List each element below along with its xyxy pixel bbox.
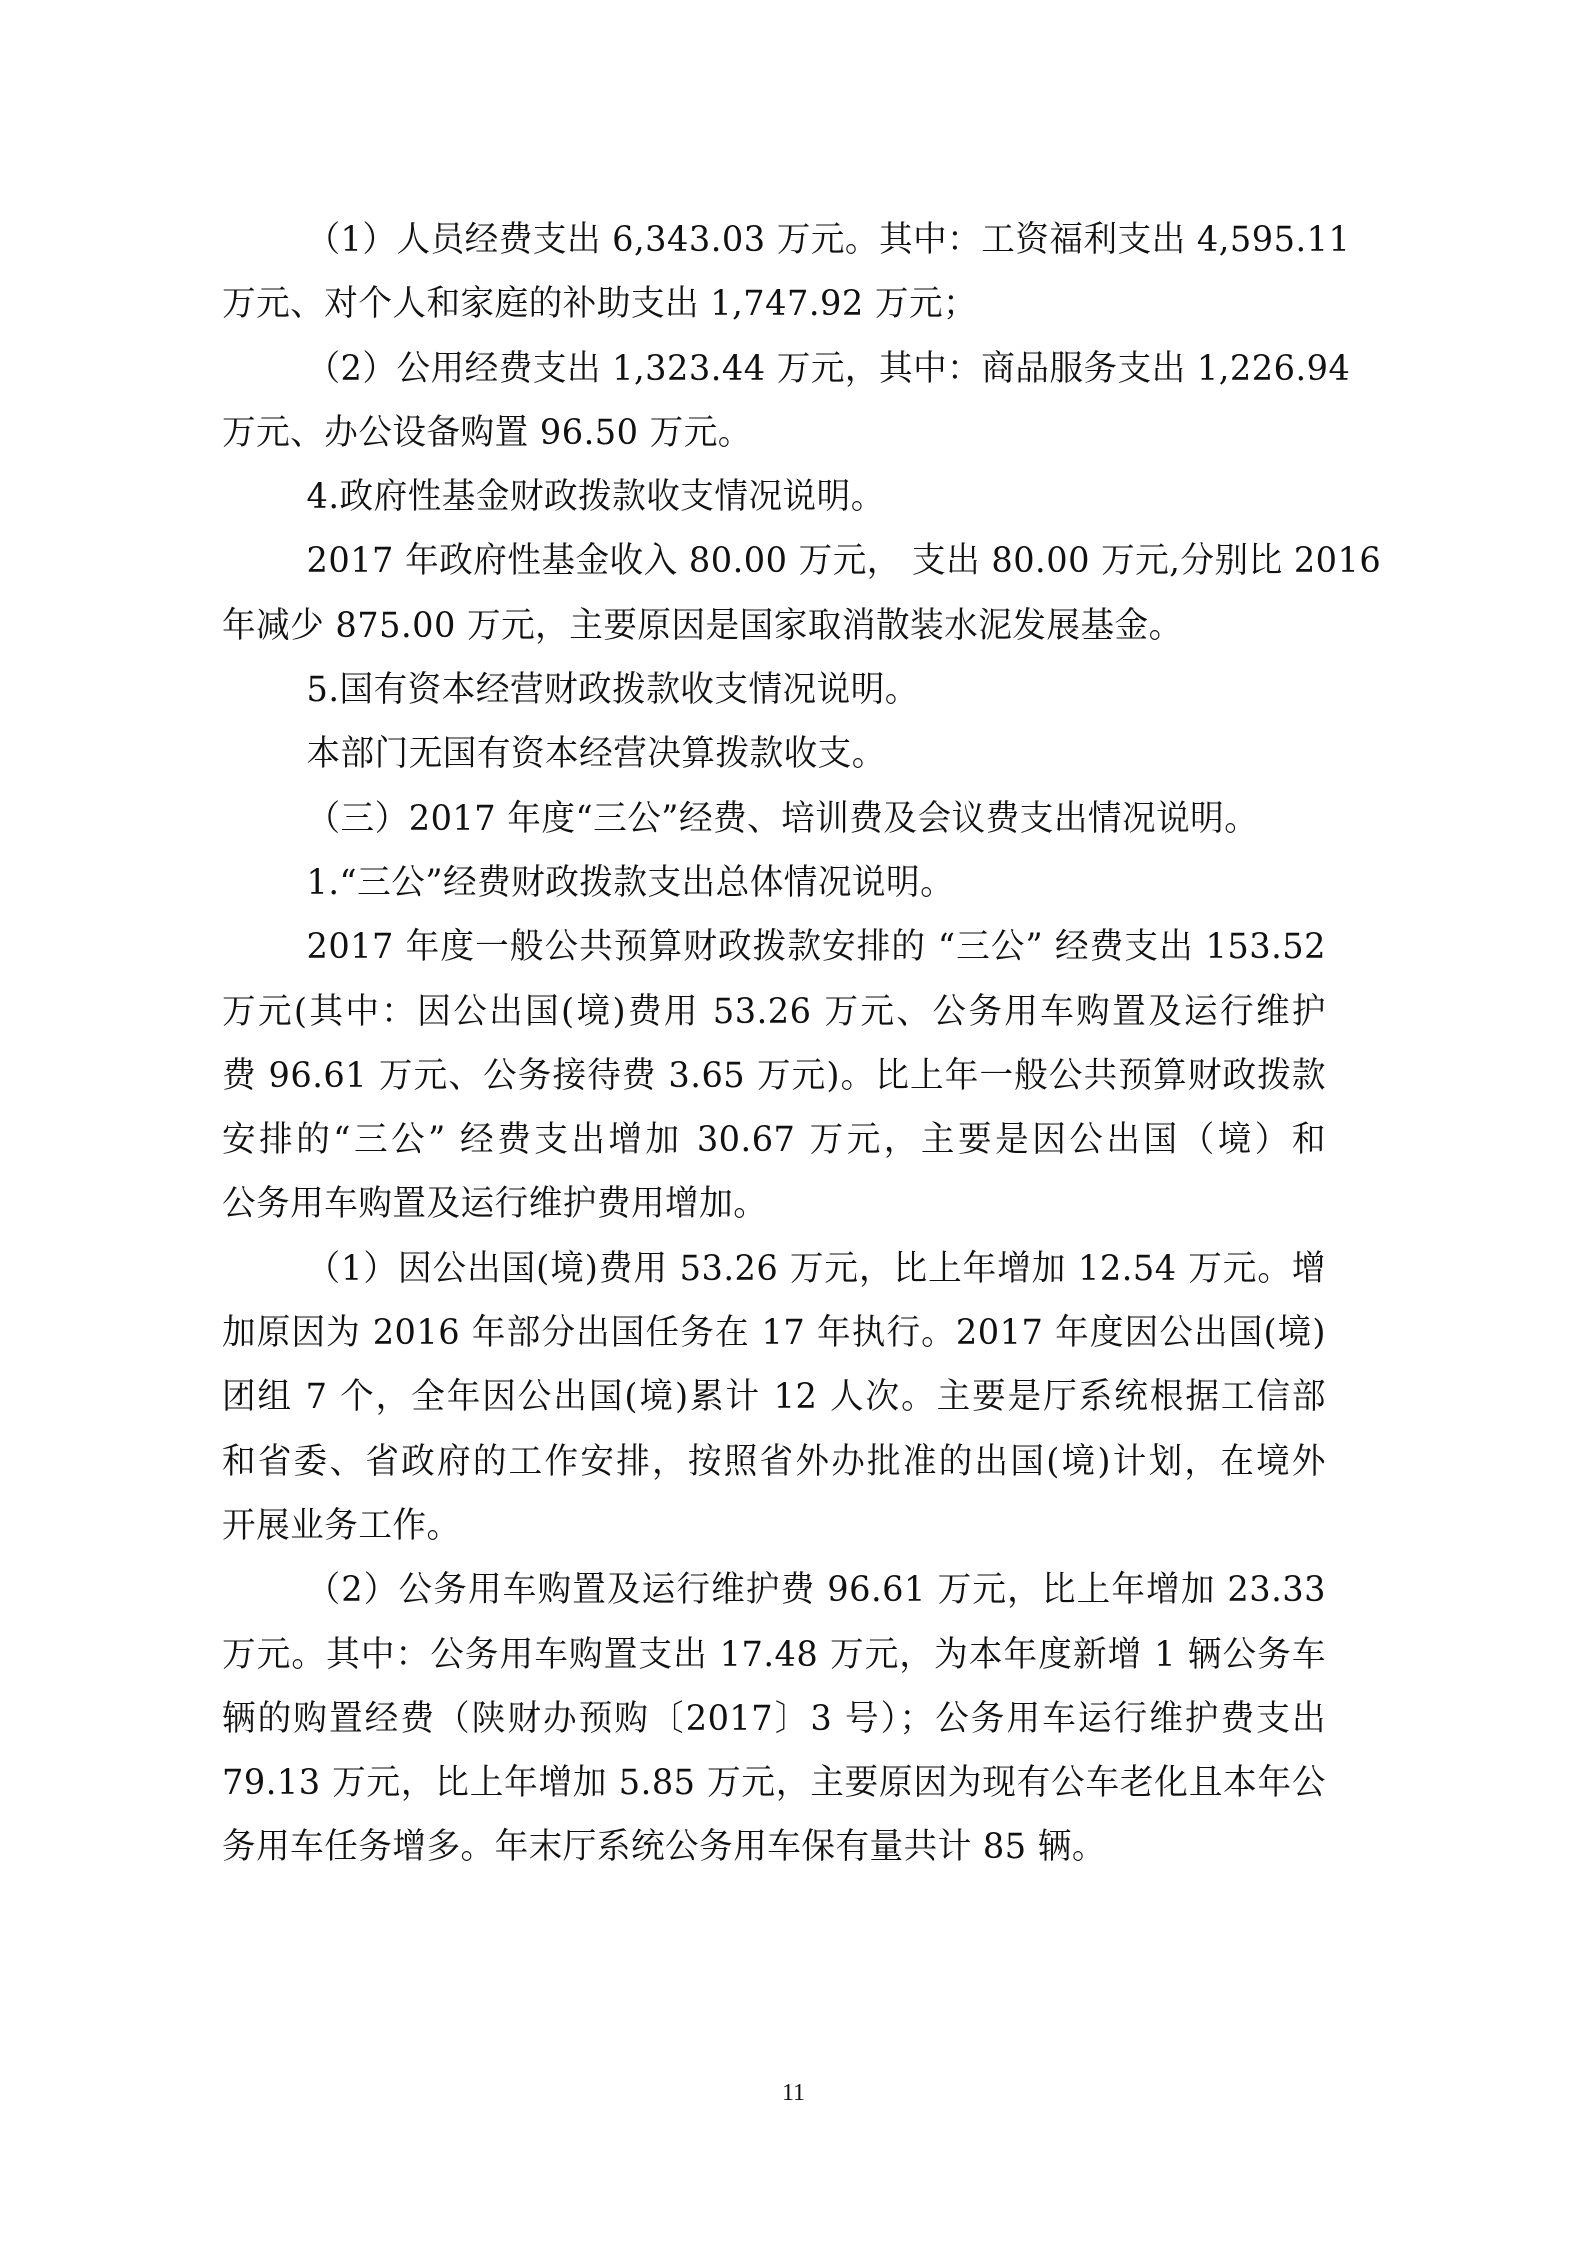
paragraph-three-public-overall-line-5: 公务用车购置及运行维护费用增加。	[222, 1172, 1326, 1236]
document-body: （1）人员经费支出 6,343.03 万元。其中：工资福利支出 4,595.11…	[222, 208, 1372, 1880]
paragraph-overseas-travel-line-4: 和省委、省政府的工作安排，按照省外办批准的出国(境)计划，在境外	[222, 1430, 1326, 1494]
paragraph-overseas-travel-line-1: （1）因公出国(境)费用 53.26 万元，比上年增加 12.54 万元。增	[222, 1237, 1326, 1301]
paragraph-official-vehicles-line-3: 辆的购置经费（陕财办预购〔2017〕3 号）；公务用车运行维护费支出	[222, 1687, 1326, 1751]
paragraph-public-expense-line-1: （2）公用经费支出 1,323.44 万元，其中：商品服务支出 1,226.94	[222, 337, 1326, 401]
paragraph-state-capital: 本部门无国有资本经营决算拨款收支。	[222, 722, 1326, 786]
paragraph-government-fund-line-1: 2017 年政府性基金收入 80.00 万元， 支出 80.00 万元,分别比 …	[222, 529, 1326, 593]
document-page: （1）人员经费支出 6,343.03 万元。其中：工资福利支出 4,595.11…	[0, 0, 1587, 2245]
paragraph-official-vehicles-line-5: 务用车任务增多。年末厅系统公务用车保有量共计 85 辆。	[222, 1815, 1326, 1879]
paragraph-official-vehicles-line-1: （2）公务用车购置及运行维护费 96.61 万元，比上年增加 23.33	[222, 1558, 1326, 1622]
paragraph-overseas-travel-line-2: 加原因为 2016 年部分出国任务在 17 年执行。2017 年度因公出国(境)	[222, 1301, 1326, 1365]
paragraph-three-public-overall-line-3: 费 96.61 万元、公务接待费 3.65 万元)。比上年一般公共预算财政拨款	[222, 1044, 1326, 1108]
paragraph-official-vehicles-line-2: 万元。其中：公务用车购置支出 17.48 万元，为本年度新增 1 辆公务车	[222, 1623, 1326, 1687]
paragraph-government-fund-line-2: 年减少 875.00 万元，主要原因是国家取消散装水泥发展基金。	[222, 594, 1326, 658]
paragraph-overseas-travel-line-3: 团组 7 个，全年因公出国(境)累计 12 人次。主要是厅系统根据工信部	[222, 1365, 1326, 1429]
paragraph-official-vehicles-line-4: 79.13 万元，比上年增加 5.85 万元，主要原因为现有公车老化且本年公	[222, 1751, 1326, 1815]
section-heading-state-capital: 5.国有资本经营财政拨款收支情况说明。	[222, 658, 1326, 722]
paragraph-public-expense-line-2: 万元、办公设备购置 96.50 万元。	[222, 401, 1326, 465]
section-heading-three-public-overall: 1.“三公”经费财政拨款支出总体情况说明。	[222, 851, 1326, 915]
page-number: 11	[0, 2080, 1587, 2107]
section-heading-government-fund: 4.政府性基金财政拨款收支情况说明。	[222, 465, 1326, 529]
paragraph-three-public-overall-line-4: 安排的“三公” 经费支出增加 30.67 万元，主要是因公出国（境）和	[222, 1108, 1326, 1172]
paragraph-personnel-expense-line-1: （1）人员经费支出 6,343.03 万元。其中：工资福利支出 4,595.11	[222, 208, 1326, 272]
paragraph-three-public-overall-line-1: 2017 年度一般公共预算财政拨款安排的 “三公” 经费支出 153.52	[222, 915, 1326, 979]
section-heading-three-public: （三）2017 年度“三公”经费、培训费及会议费支出情况说明。	[222, 787, 1326, 851]
paragraph-personnel-expense-line-2: 万元、对个人和家庭的补助支出 1,747.92 万元；	[222, 272, 1326, 336]
paragraph-overseas-travel-line-5: 开展业务工作。	[222, 1494, 1326, 1558]
paragraph-three-public-overall-line-2: 万元(其中：因公出国(境)费用 53.26 万元、公务用车购置及运行维护	[222, 980, 1326, 1044]
